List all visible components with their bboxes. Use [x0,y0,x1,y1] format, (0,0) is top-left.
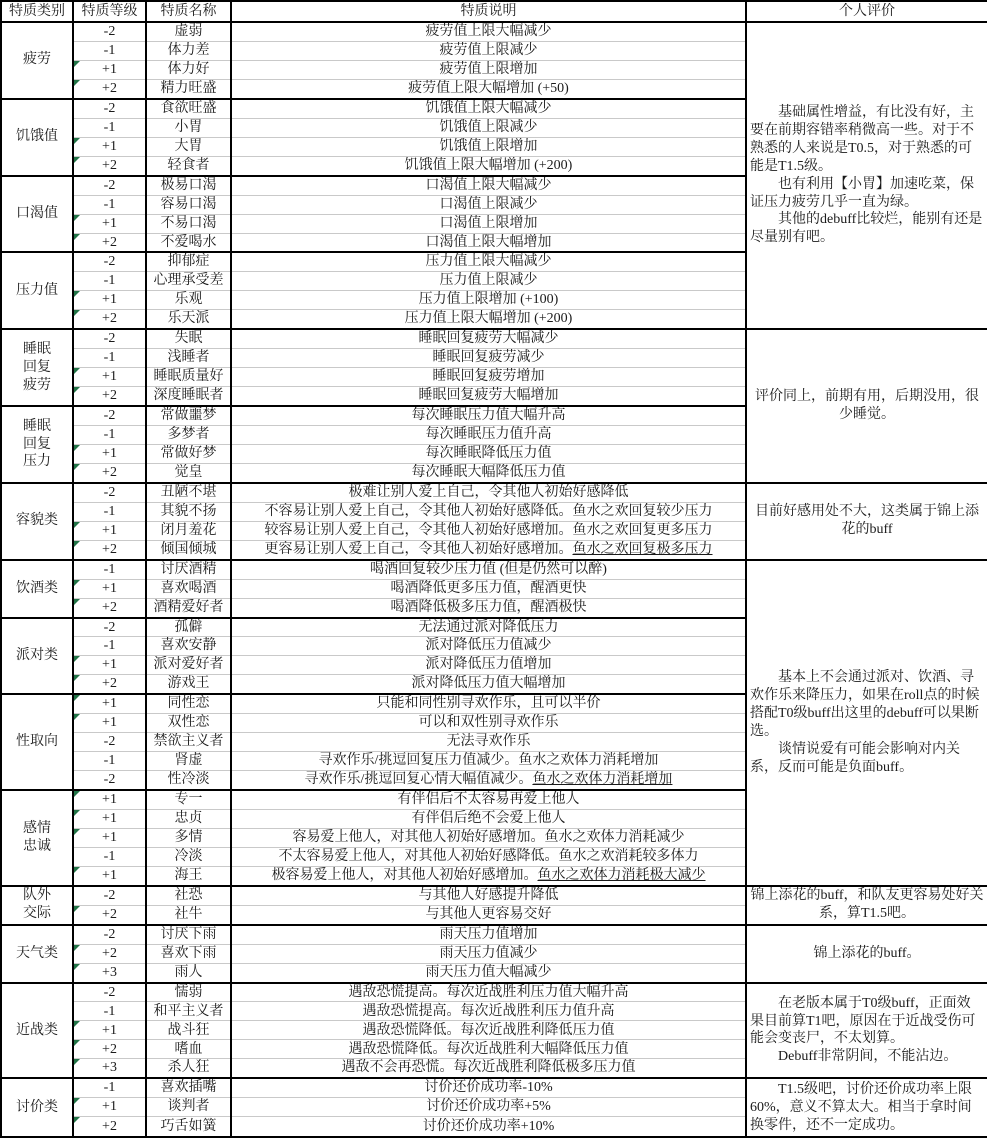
level-value: +1 [102,792,117,807]
level-value: -2 [104,178,116,193]
trait-desc-text: 雨天压力值增加 [440,927,538,942]
trait-desc-cell: 雨天压力值减少 [231,944,746,963]
trait-desc-text: 饥饿值上限减少 [440,120,538,135]
trait-desc-text: 饥饿值上限大幅减少 [426,101,552,116]
trait-desc-text: 与其他人好感提升降低 [419,888,559,903]
trait-desc-cell: 极容易爱上他人，对其他人初始好感增加。鱼水之欢体力消耗极大减少 [231,867,746,886]
level-cell: +2 [73,540,146,559]
trait-name-cell: 轻食者 [146,156,231,175]
level-cell: +2 [73,310,146,329]
trait-desc-cell: 喝酒降低极多压力值，醒酒极快 [231,598,746,617]
trait-desc-cell: 与其他人更容易交好 [231,905,746,924]
trait-desc-cell: 疲劳值上限增加 [231,60,746,79]
trait-name-cell: 喜欢喝酒 [146,579,231,598]
level-cell: -2 [73,925,146,944]
level-value: -2 [104,101,116,116]
number-stored-as-text-flag-icon [74,1040,80,1046]
trait-name-cell: 浅睡者 [146,349,231,368]
level-value: -2 [104,888,116,903]
number-stored-as-text-flag-icon [74,80,80,86]
trait-desc-text: 饥饿值上限增加 [440,139,538,154]
review-paragraph: 谈情说爱有可能会影响对内关系，反而可能是负面buff。 [750,741,984,777]
level-cell: +1 [73,829,146,848]
level-value: +1 [102,216,117,231]
header-level: 特质等级 [73,1,146,22]
level-cell: +1 [73,368,146,387]
trait-name-cell: 食欲旺盛 [146,99,231,118]
number-stored-as-text-flag-icon [74,791,80,797]
trait-desc-text: 压力值上限大幅减少 [426,254,552,269]
trait-desc-cell: 无法通过派对降低压力 [231,618,746,637]
trait-desc-cell: 有伴侣后绝不会爱上他人 [231,810,746,829]
trait-desc-cell: 睡眠回复疲劳大幅增加 [231,387,746,406]
trait-desc-text: 喝酒降低极多压力值，醒酒极快 [391,600,587,615]
level-value: -1 [104,350,116,365]
trait-name-cell: 常做噩梦 [146,406,231,425]
trait-desc-cell: 喝酒回复较少压力值 (但是仍然可以醉) [231,560,746,579]
trait-name-cell: 常做好梦 [146,444,231,463]
trait-desc-cell: 口渴值上限增加 [231,214,746,233]
trait-desc-cell: 较容易让别人爱上自己，令其他人初始好感增加。鱼水之欢回复更多压力 [231,521,746,540]
level-cell: -2 [73,329,146,348]
trait-desc-cell: 派对降低压力值减少 [231,637,746,656]
level-value: +2 [102,81,117,96]
trait-desc-text: 无法寻欢作乐 [447,734,531,749]
review-paragraph: T1.5级吧，讨价还价成功率上限60%，意义不算太大。相当于拿时间换零件，还不一… [750,1081,984,1135]
number-stored-as-text-flag-icon [74,291,80,297]
trait-desc-text: 容易爱上他人，对其他人初始好感增加。鱼水之欢体力消耗减少 [293,830,685,845]
level-cell: -1 [73,752,146,771]
category-cell: 容貌类 [1,483,73,560]
trait-desc-cell: 睡眠回复疲劳大幅减少 [231,329,746,348]
level-value: +1 [102,446,117,461]
trait-desc-cell: 讨价还价成功率+10% [231,1117,746,1137]
trait-name-cell: 不易口渴 [146,214,231,233]
trait-name-cell: 体力好 [146,60,231,79]
level-cell: +1 [73,444,146,463]
trait-name-cell: 容易口渴 [146,195,231,214]
trait-name-cell: 倾国倾城 [146,540,231,559]
review-paragraph: 目前好感用处不大，这类属于锦上添花的buff [750,503,984,539]
number-stored-as-text-flag-icon [74,714,80,720]
trait-name-cell: 谈判者 [146,1098,231,1117]
level-cell: +1 [73,694,146,713]
level-value: +1 [102,715,117,730]
trait-desc-text: 可以和双性别寻欢作乐 [419,715,559,730]
trait-name-cell: 双性恋 [146,714,231,733]
trait-desc-cell: 压力值上限增加 (+100) [231,291,746,310]
number-stored-as-text-flag-icon [74,695,80,701]
trait-desc-underlined-text: 鱼水之欢体力消耗极大减少 [538,868,706,883]
trait-desc-text: 每次睡眠降低压力值 [426,446,552,461]
trait-desc-text: 雨天压力值大幅减少 [426,965,552,980]
level-cell: -2 [73,483,146,502]
level-value: +1 [102,696,117,711]
trait-desc-cell: 有伴侣后不太容易再爱上他人 [231,790,746,809]
review-comment-cell: 基础属性增益，有比没有好，主要在前期容错率稍微高一些。对于不熟悉的人来说是T0.… [746,22,987,329]
number-stored-as-text-flag-icon [74,829,80,835]
trait-desc-underlined-text: 鱼水之欢体力消耗增加 [532,772,672,787]
level-cell: +2 [73,233,146,252]
level-value: +2 [102,311,117,326]
trait-desc-text: 喝酒降低更多压力值，醒酒更快 [391,581,587,596]
level-value: -2 [104,254,116,269]
level-cell: -1 [73,41,146,60]
level-cell: -1 [73,118,146,137]
number-stored-as-text-flag-icon [74,867,80,873]
number-stored-as-text-flag-icon [74,675,80,681]
trait-name-cell: 讨厌下雨 [146,925,231,944]
trait-desc-cell: 压力值上限减少 [231,272,746,291]
level-value: -2 [104,734,116,749]
trait-desc-cell: 口渴值上限减少 [231,195,746,214]
level-value: +1 [102,292,117,307]
trait-desc-text: 讨价还价成功率+10% [423,1119,555,1134]
header-review: 个人评价 [746,1,987,22]
level-cell: -2 [73,252,146,271]
table-row: 天气类-2讨厌下雨雨天压力值增加锦上添花的buff。 [1,925,987,944]
table-row: 容貌类-2丑陋不堪极难让别人爱上自己，令其他人初始好感降低目前好感用处不大，这类… [1,483,987,502]
level-cell: +1 [73,790,146,809]
trait-desc-text: 口渴值上限增加 [440,216,538,231]
trait-name-cell: 派对爱好者 [146,656,231,675]
trait-name-cell: 嗜血 [146,1040,231,1059]
level-value: +1 [102,523,117,538]
level-value: +1 [102,1023,117,1038]
category-cell: 口渴值 [1,176,73,253]
number-stored-as-text-flag-icon [74,157,80,163]
header-category: 特质类别 [1,1,73,22]
trait-desc-text: 压力值上限减少 [440,273,538,288]
level-cell: +1 [73,1021,146,1040]
trait-desc-cell: 疲劳值上限大幅增加 (+50) [231,79,746,98]
category-cell: 天气类 [1,925,73,983]
trait-desc-text: 雨天压力值减少 [440,946,538,961]
review-comment-cell: 目前好感用处不大，这类属于锦上添花的buff [746,483,987,560]
level-cell: -2 [73,983,146,1002]
trait-desc-cell: 睡眠回复疲劳增加 [231,368,746,387]
trait-name-cell: 闭月羞花 [146,521,231,540]
level-value: -1 [104,638,116,653]
category-cell: 讨价类 [1,1078,73,1137]
trait-name-cell: 心理承受差 [146,272,231,291]
trait-desc-cell: 睡眠回复疲劳减少 [231,349,746,368]
level-value: -2 [104,985,116,1000]
level-cell: +3 [73,1059,146,1078]
level-cell: +2 [73,1040,146,1059]
number-stored-as-text-flag-icon [74,1117,80,1123]
trait-desc-cell: 口渴值上限大幅增加 [231,233,746,252]
level-value: +2 [102,542,117,557]
level-cell: +1 [73,137,146,156]
trait-name-cell: 丑陋不堪 [146,483,231,502]
category-cell: 压力值 [1,252,73,329]
trait-name-cell: 睡眠质量好 [146,368,231,387]
review-comment-cell: 评价同上，前期有用，后期没用，很少睡觉。 [746,329,987,483]
traits-table: 特质类别 特质等级 特质名称 特质说明 个人评价 疲劳-2虚弱疲劳值上限大幅减少… [0,0,987,1138]
category-cell: 派对类 [1,618,73,695]
trait-desc-text: 极难让别人爱上自己，令其他人初始好感降低 [349,485,629,500]
number-stored-as-text-flag-icon [74,61,80,67]
trait-desc-text: 极容易爱上他人，对其他人初始好感增加。 [272,868,538,883]
trait-desc-cell: 饥饿值上限减少 [231,118,746,137]
review-comment-cell: 锦上添花的buff。 [746,925,987,983]
header-trait-name: 特质名称 [146,1,231,22]
level-cell: -1 [73,637,146,656]
level-cell: +1 [73,810,146,829]
trait-name-cell: 喜欢安静 [146,637,231,656]
review-comment-cell: 锦上添花的buff，和队友更容易处好关系，算T1.5吧。 [746,886,987,925]
trait-desc-text: 寻欢作乐/挑逗回复压力值减少。鱼水之欢体力消耗增加 [319,753,659,768]
number-stored-as-text-flag-icon [74,1098,80,1104]
number-stored-as-text-flag-icon [74,215,80,221]
level-value: +1 [102,139,117,154]
review-comment-cell: 基本上不会通过派对、饮酒、寻欢作乐来降压力，如果在roll点的时候搭配T0级bu… [746,560,987,886]
level-value: +1 [102,62,117,77]
trait-desc-text: 无法通过派对降低压力 [419,620,559,635]
number-stored-as-text-flag-icon [74,599,80,605]
level-cell: +1 [73,714,146,733]
trait-desc-text: 不太容易爱上他人，对其他人初始好感降低。鱼水之欢消耗较多体力 [279,849,699,864]
review-paragraph: 基础属性增益，有比没有好，主要在前期容错率稍微高一些。对于不熟悉的人来说是T0.… [750,104,984,176]
trait-desc-text: 遇敌不会再恐慌。每次近战胜利降低极多压力值 [342,1060,636,1075]
level-value: -1 [104,43,116,58]
trait-desc-cell: 可以和双性别寻欢作乐 [231,714,746,733]
level-cell: -2 [73,771,146,790]
trait-name-cell: 懦弱 [146,983,231,1002]
level-value: +2 [102,907,117,922]
trait-desc-text: 讨价还价成功率-10% [424,1080,552,1095]
level-value: -1 [104,197,116,212]
trait-name-cell: 极易口渴 [146,176,231,195]
category-cell: 队外 交际 [1,886,73,925]
level-cell: +1 [73,1098,146,1117]
level-cell: -1 [73,560,146,579]
level-cell: -1 [73,195,146,214]
trait-name-cell: 喜欢插嘴 [146,1078,231,1097]
level-cell: +1 [73,521,146,540]
level-cell: +2 [73,675,146,694]
trait-desc-text: 睡眠回复疲劳大幅减少 [419,331,559,346]
number-stored-as-text-flag-icon [74,906,80,912]
trait-desc-text: 每次睡眠大幅降低压力值 [412,465,566,480]
level-value: +2 [102,388,117,403]
level-cell: +2 [73,905,146,924]
level-value: -1 [104,1004,116,1019]
trait-desc-text: 喝酒回复较少压力值 (但是仍然可以醉) [370,562,607,577]
trait-desc-text: 遇敌恐慌提高。每次近战胜利压力值大幅升高 [349,985,629,1000]
level-cell: -1 [73,1002,146,1021]
level-value: +2 [102,1119,117,1134]
level-value: -1 [104,120,116,135]
trait-desc-cell: 容易爱上他人，对其他人初始好感增加。鱼水之欢体力消耗减少 [231,829,746,848]
trait-desc-cell: 饥饿值上限大幅减少 [231,99,746,118]
number-stored-as-text-flag-icon [74,138,80,144]
level-cell: +1 [73,214,146,233]
trait-name-cell: 大胃 [146,137,231,156]
level-value: +1 [102,657,117,672]
level-cell: -2 [73,176,146,195]
trait-desc-cell: 派对降低压力值大幅增加 [231,675,746,694]
trait-desc-cell: 不容易让别人爱上自己，令其他人初始好感降低。鱼水之欢回复较少压力 [231,502,746,521]
trait-desc-text: 有伴侣后不太容易再爱上他人 [398,792,580,807]
category-cell: 睡眠 回复 疲劳 [1,329,73,406]
trait-desc-text: 口渴值上限大幅减少 [426,178,552,193]
table-row: 疲劳-2虚弱疲劳值上限大幅减少基础属性增益，有比没有好，主要在前期容错率稍微高一… [1,22,987,41]
trait-desc-text: 口渴值上限大幅增加 [426,235,552,250]
level-value: +1 [102,868,117,883]
level-value: +1 [102,830,117,845]
level-value: -1 [104,273,116,288]
trait-desc-underlined-text: 鱼水之欢回复极多压力 [573,542,713,557]
number-stored-as-text-flag-icon [74,234,80,240]
category-cell: 饥饿值 [1,99,73,176]
trait-desc-cell: 寻欢作乐/挑逗回复心情大幅值减少。鱼水之欢体力消耗增加 [231,771,746,790]
level-cell: +1 [73,867,146,886]
trait-desc-cell: 派对降低压力值增加 [231,656,746,675]
trait-desc-cell: 遇敌恐慌降低。每次近战胜利大幅降低压力值 [231,1040,746,1059]
trait-desc-cell: 不太容易爱上他人，对其他人初始好感降低。鱼水之欢消耗较多体力 [231,848,746,867]
number-stored-as-text-flag-icon [74,541,80,547]
level-cell: -1 [73,502,146,521]
category-cell: 近战类 [1,983,73,1079]
trait-name-cell: 忠贞 [146,810,231,829]
category-cell: 性取向 [1,694,73,790]
trait-name-cell: 雨人 [146,963,231,982]
level-cell: -2 [73,886,146,905]
trait-spreadsheet: 特质类别 特质等级 特质名称 特质说明 个人评价 疲劳-2虚弱疲劳值上限大幅减少… [0,0,987,1138]
header-row: 特质类别 特质等级 特质名称 特质说明 个人评价 [1,1,987,22]
trait-name-cell: 社恐 [146,886,231,905]
trait-desc-cell: 每次睡眠压力值升高 [231,425,746,444]
trait-desc-text: 疲劳值上限减少 [440,43,538,58]
trait-desc-cell: 压力值上限大幅增加 (+200) [231,310,746,329]
trait-desc-cell: 每次睡眠压力值大幅升高 [231,406,746,425]
level-cell: +1 [73,60,146,79]
trait-desc-text: 遇敌恐慌降低。每次近战胜利大幅降低压力值 [349,1042,629,1057]
level-cell: +2 [73,944,146,963]
review-paragraph: 评价同上，前期有用，后期没用，很少睡觉。 [750,388,984,424]
trait-name-cell: 觉皇 [146,463,231,482]
trait-desc-cell: 雨天压力值增加 [231,925,746,944]
trait-name-cell: 小胃 [146,118,231,137]
number-stored-as-text-flag-icon [74,310,80,316]
category-cell: 睡眠 回复 压力 [1,406,73,483]
trait-desc-cell: 与其他人好感提升降低 [231,886,746,905]
level-cell: +2 [73,1117,146,1137]
trait-name-cell: 肾虚 [146,752,231,771]
number-stored-as-text-flag-icon [74,387,80,393]
trait-desc-text: 派对降低压力值减少 [426,638,552,653]
number-stored-as-text-flag-icon [74,522,80,528]
trait-desc-cell: 喝酒降低更多压力值，醒酒更快 [231,579,746,598]
number-stored-as-text-flag-icon [74,464,80,470]
level-cell: -2 [73,733,146,752]
level-cell: -1 [73,272,146,291]
trait-name-cell: 同性恋 [146,694,231,713]
trait-desc-text: 有伴侣后绝不会爱上他人 [412,811,566,826]
trait-name-cell: 精力旺盛 [146,79,231,98]
level-value: -2 [104,24,116,39]
trait-desc-text: 较容易让别人爱上自己，令其他人初始好感增加。鱼水之欢回复更多压力 [265,523,713,538]
level-value: -2 [104,620,116,635]
trait-name-cell: 喜欢下雨 [146,944,231,963]
trait-desc-text: 更容易让别人爱上自己，令其他人初始好感增加。 [265,542,573,557]
category-cell: 疲劳 [1,22,73,99]
trait-desc-cell: 遇敌不会再恐慌。每次近战胜利降低极多压力值 [231,1059,746,1078]
trait-desc-cell: 饥饿值上限增加 [231,137,746,156]
trait-desc-text: 遇敌恐慌提高。每次近战胜利压力值升高 [363,1004,615,1019]
trait-desc-text: 睡眠回复疲劳减少 [433,350,545,365]
level-value: -1 [104,504,116,519]
number-stored-as-text-flag-icon [74,368,80,374]
trait-desc-text: 疲劳值上限增加 [440,62,538,77]
trait-name-cell: 巧舌如簧 [146,1117,231,1137]
level-cell: +2 [73,598,146,617]
trait-desc-cell: 讨价还价成功率-10% [231,1078,746,1097]
level-cell: +2 [73,387,146,406]
review-paragraph: 其他的debuff比较烂，能别有还是尽量别有吧。 [750,211,984,247]
level-value: -1 [104,427,116,442]
trait-desc-cell: 无法寻欢作乐 [231,733,746,752]
level-cell: -2 [73,22,146,41]
trait-name-cell: 冷淡 [146,848,231,867]
level-cell: -2 [73,99,146,118]
trait-desc-text: 压力值上限大幅增加 (+200) [405,311,573,326]
trait-desc-cell: 饥饿值上限大幅增加 (+200) [231,156,746,175]
table-row: 近战类-2懦弱遇敌恐慌提高。每次近战胜利压力值大幅升高在老版本属于T0级buff… [1,983,987,1002]
trait-name-cell: 战斗狂 [146,1021,231,1040]
trait-desc-text: 每次睡眠压力值升高 [426,427,552,442]
table-row: 睡眠 回复 疲劳-2失眠睡眠回复疲劳大幅减少评价同上，前期有用，后期没用，很少睡… [1,329,987,348]
level-value: +2 [102,158,117,173]
level-value: +2 [102,676,117,691]
level-value: -1 [104,753,116,768]
trait-desc-cell: 每次睡眠大幅降低压力值 [231,463,746,482]
trait-name-cell: 杀人狂 [146,1059,231,1078]
trait-desc-text: 睡眠回复疲劳大幅增加 [419,388,559,403]
level-cell: -1 [73,425,146,444]
level-cell: -1 [73,848,146,867]
level-value: -2 [104,408,116,423]
trait-desc-text: 疲劳值上限大幅减少 [426,24,552,39]
trait-desc-cell: 压力值上限大幅减少 [231,252,746,271]
level-value: +1 [102,811,117,826]
trait-name-cell: 海王 [146,867,231,886]
trait-desc-cell: 口渴值上限大幅减少 [231,176,746,195]
level-value: -2 [104,772,116,787]
trait-desc-cell: 雨天压力值大幅减少 [231,963,746,982]
trait-desc-text: 疲劳值上限大幅增加 (+50) [408,81,569,96]
level-cell: +2 [73,156,146,175]
level-cell: +3 [73,963,146,982]
trait-desc-cell: 疲劳值上限减少 [231,41,746,60]
level-cell: -2 [73,618,146,637]
trait-name-cell: 多梦者 [146,425,231,444]
number-stored-as-text-flag-icon [74,580,80,586]
table-row: 讨价类-1喜欢插嘴讨价还价成功率-10%T1.5级吧，讨价还价成功率上限60%，… [1,1078,987,1097]
level-value: +2 [102,1042,117,1057]
trait-desc-cell: 寻欢作乐/挑逗回复压力值减少。鱼水之欢体力消耗增加 [231,752,746,771]
level-value: +1 [102,1099,117,1114]
trait-desc-text: 派对降低压力值大幅增加 [412,676,566,691]
level-cell: +2 [73,79,146,98]
trait-desc-text: 饥饿值上限大幅增加 (+200) [405,158,573,173]
trait-name-cell: 和平主义者 [146,1002,231,1021]
review-paragraph: 锦上添花的buff，和队友更容易处好关系，算T1.5吧。 [750,887,984,923]
trait-desc-text: 压力值上限增加 (+100) [419,292,559,307]
trait-desc-text: 睡眠回复疲劳增加 [433,369,545,384]
